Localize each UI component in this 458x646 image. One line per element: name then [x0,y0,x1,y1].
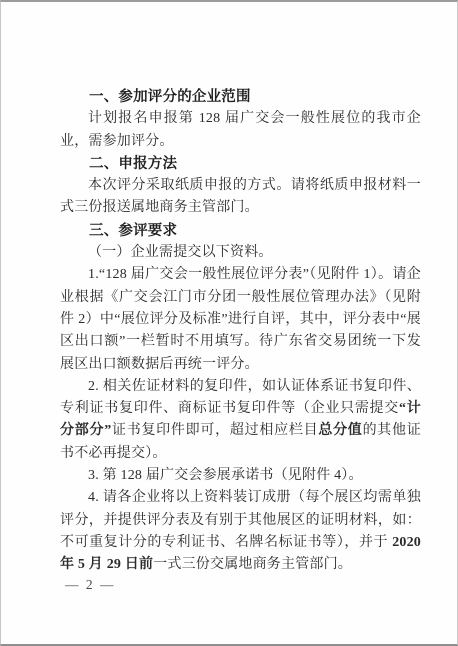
text-run: 计划报名申报第 128 届广交会一般性展位的我市企业，需参加评分。 [60,111,421,148]
text-run: 3. 第 128 届广交会参展承诺书（见附件 4）。 [88,468,363,483]
section-heading: 二、申报方法 [60,153,421,175]
page-number: — 2 — [65,577,116,593]
text-run: 一式三份交属地商务主管部门。 [153,557,352,572]
text-run: 4. 请各企业将以上资料装订成册（每个展区均需单独评分，并提供评分表及有别于其他… [60,490,421,550]
text-run: 总分值 [318,423,362,438]
paragraph: 计划报名申报第 128 届广交会一般性展位的我市企业，需参加评分。 [60,108,421,153]
paragraph: 4. 请各企业将以上资料装订成册（每个展区均需单独评分，并提供评分表及有别于其他… [60,487,421,576]
paragraph: 本次评分采取纸质申报的方式。请将纸质申报材料一式三份报送属地商务主管部门。 [60,175,421,220]
text-run: 2. 相关佐证材料的复印件，如认证体系证书复印件、专利证书复印件、商标证书复印件… [60,379,421,416]
text-run: 本次评分采取纸质申报的方式。请将纸质申报材料一式三份报送属地商务主管部门。 [60,178,421,215]
scanned-document-page: 一、参加评分的企业范围计划报名申报第 128 届广交会一般性展位的我市企业，需参… [0,0,458,646]
text-run: 一、参加评分的企业范围 [89,89,251,105]
document-body: 一、参加评分的企业范围计划报名申报第 128 届广交会一般性展位的我市企业，需参… [60,86,421,577]
text-run: 二、申报方法 [89,156,177,172]
section-heading: 一、参加评分的企业范围 [60,86,421,108]
section-heading: 三、参评要求 [60,220,421,242]
paragraph: 3. 第 128 届广交会参展承诺书（见附件 4）。 [60,465,421,487]
text-run: 三、参评要求 [89,223,177,239]
paragraph: （一）企业需提交以下资料。 [60,242,421,264]
paragraph: 2. 相关佐证材料的复印件，如认证体系证书复印件、专利证书复印件、商标证书复印件… [60,376,421,465]
paragraph: 1.“128 届广交会一般性展位评分表”（见附件 1）。请企业根据《广交会江门市… [60,264,421,375]
text-run: 1.“128 届广交会一般性展位评分表”（见附件 1）。请企业根据《广交会江门市… [60,267,421,371]
text-run: （一）企业需提交以下资料。 [88,245,273,260]
text-run: 证书复印件即可，超过相应栏目 [111,423,318,438]
